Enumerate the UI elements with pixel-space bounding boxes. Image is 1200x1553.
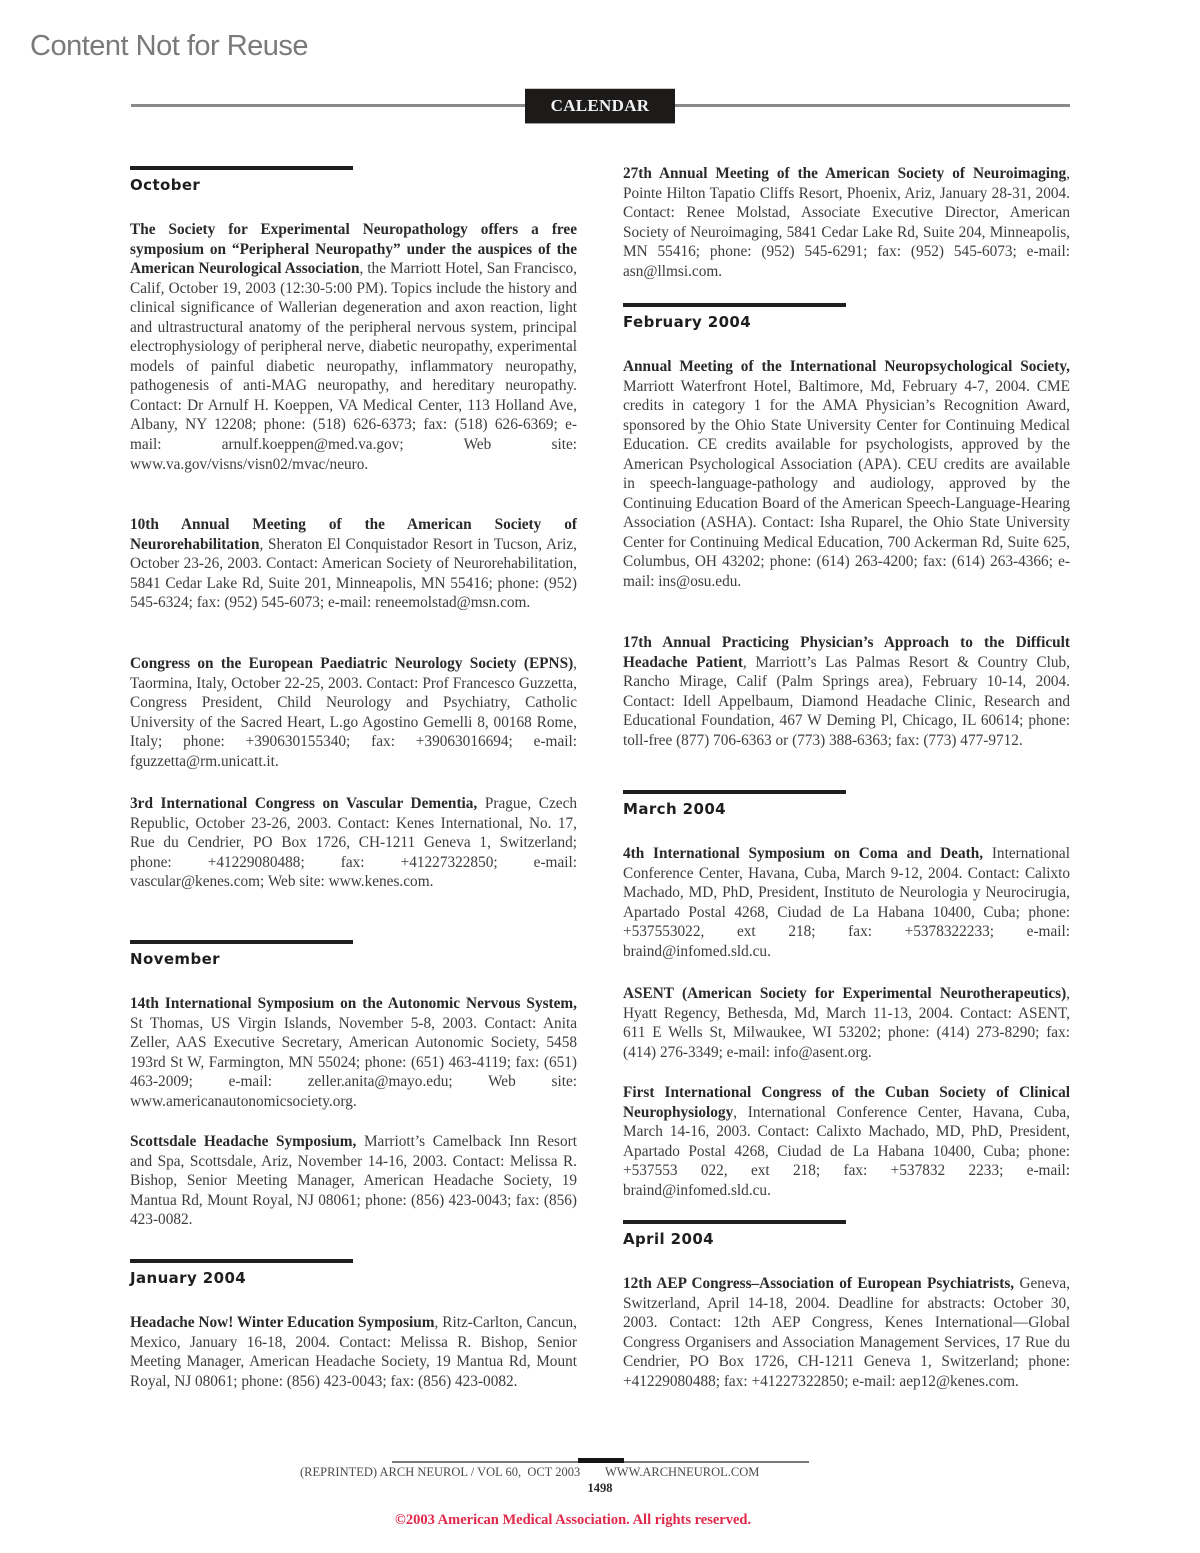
watermark: Content Not for Reuse <box>30 30 308 63</box>
calendar-entry: Headache Now! Winter Education Symposium… <box>130 1313 577 1391</box>
month-rule <box>130 166 353 170</box>
header-rule-right <box>675 104 1070 107</box>
calendar-entry: 27th Annual Meeting of the American Soci… <box>623 164 1070 281</box>
month-header-january-2004: January 2004 <box>130 1259 577 1287</box>
calendar-entry: ASENT (American Society for Experimental… <box>623 984 1070 1062</box>
calendar-entry: 3rd International Congress on Vascular D… <box>130 794 577 892</box>
month-header-november: November <box>130 940 577 968</box>
calendar-entry: 17th Annual Practicing Physician’s Appro… <box>623 633 1070 750</box>
entry-title: 27th Annual Meeting of the American Soci… <box>623 165 1066 182</box>
month-header-february-2004: February 2004 <box>623 303 1070 331</box>
entry-title: ASENT (American Society for Experimental… <box>623 985 1066 1002</box>
month-title: November <box>130 950 577 968</box>
header-rule-left <box>131 104 526 107</box>
entry-title: 12th AEP Congress–Association of Europea… <box>623 1275 1014 1292</box>
entry-title: Scottsdale Headache Symposium, <box>130 1133 356 1150</box>
calendar-entry: First International Congress of the Cuba… <box>623 1083 1070 1200</box>
month-rule <box>130 940 353 944</box>
entry-body: , Pointe Hilton Tapatio Cliffs Resort, P… <box>623 165 1070 280</box>
month-header-october: October <box>130 166 577 194</box>
calendar-entry: 14th International Symposium on the Auto… <box>130 994 577 1111</box>
month-title: October <box>130 176 577 194</box>
month-title: January 2004 <box>130 1269 577 1287</box>
entry-body: , the Marriott Hotel, San Francisco, Cal… <box>130 260 577 472</box>
footer-citation: (REPRINTED) ARCH NEUROL / VOL 60, OCT 20… <box>300 1465 820 1480</box>
month-header-april-2004: April 2004 <box>623 1220 1070 1248</box>
copyright-notice: ©2003 American Medical Association. All … <box>395 1512 815 1529</box>
calendar-entry: The Society for Experimental Neuropathol… <box>130 220 577 474</box>
month-title: March 2004 <box>623 800 1070 818</box>
calendar-entry: Scottsdale Headache Symposium, Marriott’… <box>130 1132 577 1230</box>
entry-body: International Conference Center, Havana,… <box>623 845 1070 960</box>
section-header-calendar: CALENDAR <box>525 89 675 123</box>
entry-body: Geneva, Switzerland, April 14-18, 2004. … <box>623 1275 1070 1390</box>
entry-title: Congress on the European Paediatric Neur… <box>130 655 573 672</box>
month-rule <box>623 303 846 307</box>
month-title: February 2004 <box>623 313 1070 331</box>
calendar-entry: Annual Meeting of the International Neur… <box>623 357 1070 592</box>
month-header-march-2004: March 2004 <box>623 790 1070 818</box>
entry-body: St Thomas, US Virgin Islands, November 5… <box>130 1015 577 1110</box>
month-title: April 2004 <box>623 1230 1070 1248</box>
page-number: 1498 <box>570 1481 630 1496</box>
footer-mark <box>578 1458 624 1463</box>
month-rule <box>623 1220 846 1224</box>
entry-title: Headache Now! Winter Education Symposium <box>130 1314 435 1331</box>
month-rule <box>130 1259 353 1263</box>
entry-title: 14th International Symposium on the Auto… <box>130 995 577 1012</box>
entry-title: 4th International Symposium on Coma and … <box>623 845 983 862</box>
entry-title: Annual Meeting of the International Neur… <box>623 358 1070 375</box>
calendar-entry: 10th Annual Meeting of the American Soci… <box>130 515 577 613</box>
month-rule <box>623 790 846 794</box>
entry-title: 3rd International Congress on Vascular D… <box>130 795 477 812</box>
calendar-entry: Congress on the European Paediatric Neur… <box>130 654 577 771</box>
calendar-entry: 4th International Symposium on Coma and … <box>623 844 1070 961</box>
calendar-entry: 12th AEP Congress–Association of Europea… <box>623 1274 1070 1391</box>
entry-body: Marriott Waterfront Hotel, Baltimore, Md… <box>623 378 1070 590</box>
entry-body: , Taormina, Italy, October 22-25, 2003. … <box>130 655 577 770</box>
